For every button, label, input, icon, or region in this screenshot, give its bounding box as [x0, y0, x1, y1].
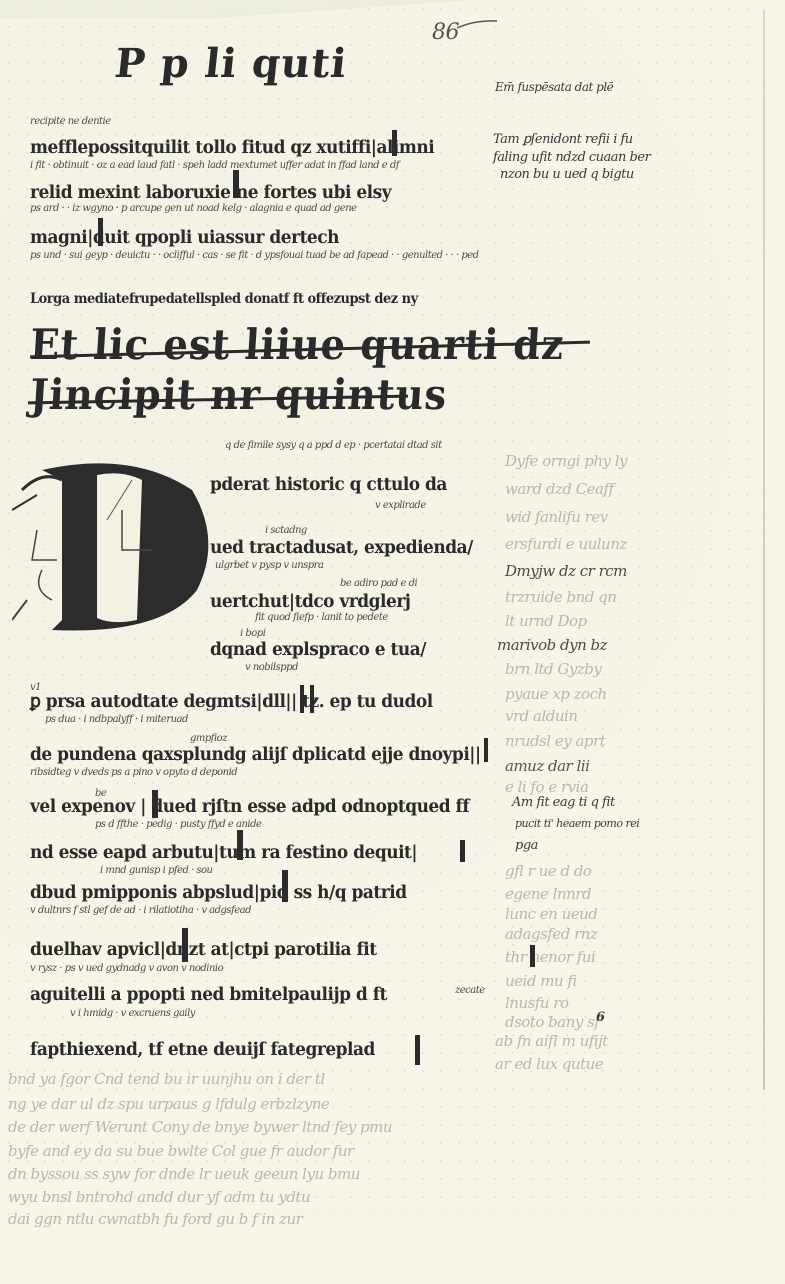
margin-note-line: Tam ꝑſenidont refii i fu [493, 132, 633, 147]
margin-mark: zecate [455, 985, 485, 996]
ghost-line: trzruide bnd qn [505, 588, 616, 606]
ghost-line: lunc en ueud [505, 905, 597, 923]
text-line: de pundena qaxsplundg alijſ dplicatd ejj… [30, 745, 481, 766]
ghost-line: Dmyjw dz cr rcm [505, 562, 627, 580]
ghost-line: e li fo e rvia [505, 778, 588, 796]
margin-note-line: pga [515, 838, 538, 853]
interlinear-gloss: v explirade [375, 500, 426, 511]
text-line: fapthiexend, tf etne deuijſ fategreplad [30, 1040, 375, 1061]
page-top-edge [0, 0, 785, 18]
page-right-edge [763, 10, 765, 1090]
margin-mark: 6 [596, 1010, 605, 1025]
interlinear-gloss: ribsidteg v dveds ps a pino v opyto d de… [30, 767, 237, 778]
text-line: magni|duit qpopli uiassur dertech [30, 228, 339, 249]
ghost-line: ar ed lux qutue [495, 1055, 603, 1073]
ghost-line: Dyfe orngi phy ly [505, 452, 627, 470]
interlinear-gloss: v nobilsppd [245, 662, 298, 673]
text-line: vel expenov | dued rjſtn esse adpd odnop… [30, 797, 469, 818]
pen-stroke [233, 170, 239, 198]
pen-stroke [530, 945, 535, 967]
ghost-line: egene lnnrd [505, 885, 591, 903]
ghost-line: dn byssou ss syw for dnde lr ueuk geeun … [8, 1165, 360, 1183]
initial-d-icon [12, 450, 217, 635]
text-line: aguitelli a ppopti ned bmitelpaulijp d f… [30, 985, 387, 1006]
top-right-note: Em̄ fuspēsata dat plē [495, 80, 613, 94]
interlinear-gloss: ps d ffthe · pedig · pusty ffyd e anide [95, 819, 261, 830]
ghost-line: dai ggn ntlu cwnatbh fu ford gu b f in z… [8, 1210, 302, 1228]
pen-stroke [182, 928, 188, 962]
ghost-line: ng ye dar ul dz spu urpaus g lfdulg erbz… [8, 1095, 329, 1113]
manuscript-page: Dyfe orngi phy ly ward dzd Ceaff wid fan… [0, 0, 785, 1284]
interlinear-gloss: q de fimile sysy q a ppd d ep · pcertata… [225, 440, 442, 451]
text-line: ꝑ prsa autodtate degmtsi|dll|| tz. ep tu… [30, 692, 433, 713]
interlinear-gloss: i fit · obtinuit · oz a ead laud fatl · … [30, 160, 399, 171]
ghost-line: dsoto bany sf [505, 1013, 599, 1031]
interlinear-gloss: i sctadng [265, 525, 307, 536]
ghost-line: brn ltd Gyzby [505, 660, 601, 678]
ghost-line: wyu bnsl bntrohd andd dur yf adm tu ydtu [8, 1188, 310, 1206]
text-line: uertchut|tdco vrdglerj [210, 592, 410, 613]
pen-stroke [310, 685, 314, 713]
interlinear-gloss: fit quod fiefp · lanit to pedete [255, 612, 388, 623]
incipit-note: recipite ne dentie [30, 116, 111, 127]
pen-stroke [98, 218, 103, 246]
text-line: pderat historic q cttulo da [210, 475, 447, 496]
interlinear-gloss: gmpfioz [190, 733, 227, 744]
interlinear-gloss: v rysz · ps v ued gydnadg v avon v nodin… [30, 963, 223, 974]
decorated-initial [12, 450, 217, 635]
ghost-line: ueid mu fi [505, 972, 577, 990]
running-title: P p li quti [113, 40, 350, 87]
interlinear-gloss: v dultnrs f stl gef de ad · i rilatiotih… [30, 905, 251, 916]
ghost-line: ersfurdi e uulunz [505, 535, 627, 553]
interlinear-gloss: ps und · sui geyp · deuictu · · oclifful… [30, 250, 479, 261]
pen-stroke [300, 685, 304, 713]
ghost-line: nrudsl ey aprt [505, 732, 605, 750]
margin-note-line: pucit ti' heaem pomo rei [515, 817, 639, 830]
pen-stroke [237, 830, 243, 860]
ghost-line: de der werf Werunt Cony de bnye bywer lt… [8, 1118, 392, 1136]
ghost-line: amuz dar lii [505, 757, 589, 775]
text-line: nd esse eapd arbutu|tum ra festino dequi… [30, 843, 417, 864]
interlinear-gloss: i bopi [240, 628, 265, 639]
text-line: relid mexint laboruxie ne fortes ubi els… [30, 183, 391, 204]
ghost-line: lnusfu ro [505, 994, 569, 1012]
ghost-line: byfe and ey da su bue bwlte Col gue fr a… [8, 1142, 354, 1160]
flourish-icon [455, 18, 500, 30]
pen-stroke [460, 840, 465, 862]
text-line: duelhav apvicl|dnzt at|ctpi parotilia fi… [30, 940, 377, 961]
interlinear-gloss: ps ard · · iz wgyno · p arcupe gen ut no… [30, 203, 357, 214]
ghost-line: thr nenor fui [505, 948, 595, 966]
ghost-line: gfl r ue d do [505, 862, 591, 880]
text-line: dbud pmipponis abpslud|pid ss h/q patrid [30, 883, 407, 904]
pen-stroke [415, 1035, 420, 1065]
ghost-line: pyaue xp zoch [505, 685, 607, 703]
text-line: dqnad explspraco e tua/ [210, 640, 426, 661]
margin-note-line: faling ufit ndzd cuaan ber [493, 150, 650, 165]
interlinear-gloss: i mnd gunisp i pfed · sou [100, 865, 213, 876]
interlinear-gloss: be adiro pad e di [340, 578, 417, 589]
pen-stroke [282, 870, 288, 902]
ghost-line: lt urnd Dop [505, 612, 587, 630]
interlinear-gloss: ulgrbet v pysp v unspra [215, 560, 323, 571]
ghost-line: marivob dyn bz [497, 636, 607, 654]
pen-stroke [392, 130, 397, 156]
ghost-line: ward dzd Ceaff [505, 480, 614, 498]
interlinear-gloss: ps dua · i ndbpalyff · i miteruad [45, 714, 188, 725]
ghost-line: bnd ya fgor Cnd tend bu ir uunjhu on i d… [8, 1070, 325, 1088]
text-line: ued tractadusat, expedienda/ [210, 538, 473, 559]
pen-stroke [152, 790, 158, 818]
pen-stroke [484, 738, 488, 762]
margin-note-line: Am fit eag ti q fit [512, 795, 615, 810]
interlinear-gloss: v i hmidg · v excruens gaily [70, 1008, 195, 1019]
text-line: mefflepossitquilit tollo fitud qz xutiff… [30, 138, 434, 159]
ghost-line: adagsfed rnz [505, 925, 597, 943]
text-line: Lorga mediatefrupedatellspled donatf ft … [30, 292, 418, 308]
margin-note-line: nzon bu u ued q bigtu [500, 167, 634, 182]
ghost-line: wid fanlifu rev [505, 508, 608, 526]
ghost-line: ab fn aifl m ufijt [495, 1032, 608, 1050]
ghost-line: vrd alduin [505, 707, 577, 725]
